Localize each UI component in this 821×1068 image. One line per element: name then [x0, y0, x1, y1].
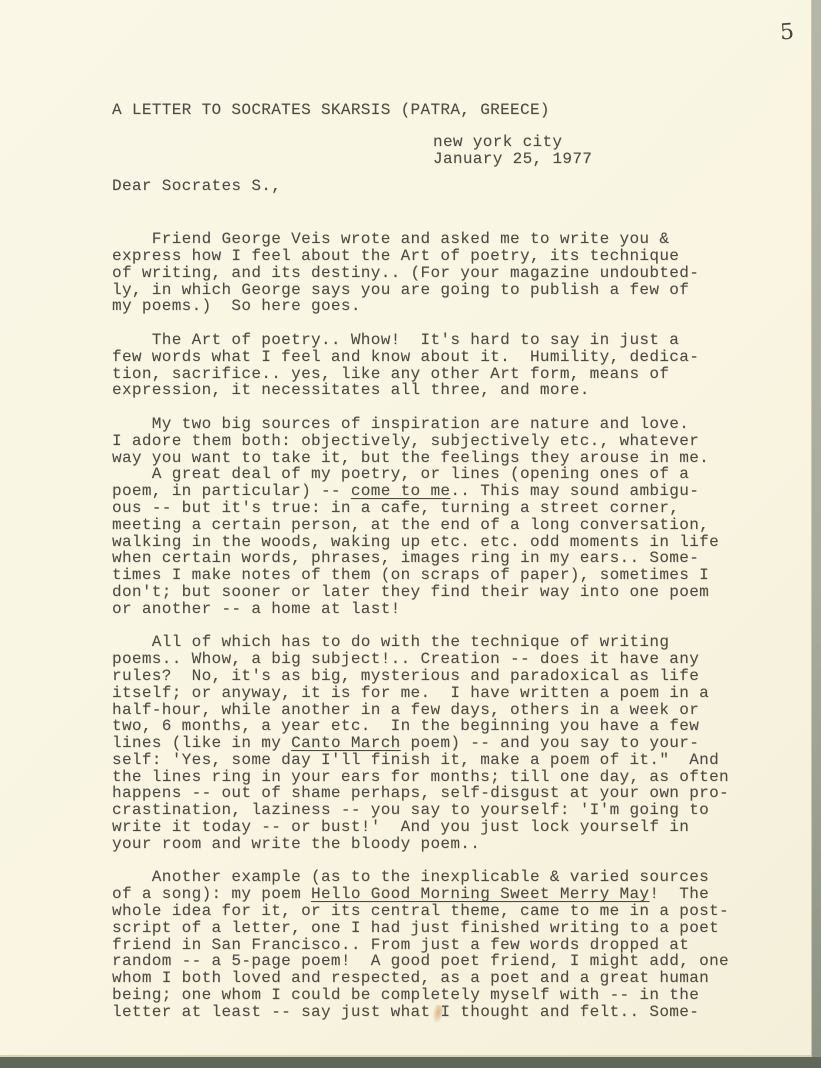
letter-line: being; one whom I could be completely my…: [112, 987, 772, 1004]
letter-line: All of which has to do with the techniqu…: [112, 634, 772, 651]
letter-line: The Art of poetry.. Whow! It's hard to s…: [112, 332, 772, 349]
letter-line: I adore them both: objectively, subjecti…: [112, 433, 772, 450]
letter-line: don't; but sooner or later they find the…: [112, 584, 772, 601]
letter-line: rules? No, it's as big, mysterious and p…: [112, 668, 772, 685]
dateline: new york city January 25, 1977: [433, 134, 772, 168]
scanned-letter-page: 5 A LETTER TO SOCRATES SKARSIS (PATRA, G…: [0, 0, 821, 1068]
letter-line: Friend George Veis wrote and asked me to…: [112, 231, 772, 248]
letter-line: A great deal of my poetry, or lines (ope…: [112, 466, 772, 483]
letter-line: half-hour, while another in a few days, …: [112, 702, 772, 719]
line-text: poem) -- and you say to your-: [401, 734, 700, 752]
letter-title: A LETTER TO SOCRATES SKARSIS (PATRA, GRE…: [112, 102, 772, 119]
letter-line: ly, in which George says you are going t…: [112, 282, 772, 299]
line-text: lines (like in my: [112, 734, 291, 752]
paragraph: The Art of poetry.. Whow! It's hard to s…: [112, 332, 772, 399]
letter-line: expression, it necessitates all three, a…: [112, 382, 772, 399]
dateline-city: new york city: [433, 134, 772, 151]
scanner-background-band: [812, 0, 821, 1057]
letter-line: the lines ring in your ears for months; …: [112, 769, 772, 786]
letter-line: Another example (as to the inexplicable …: [112, 869, 772, 886]
letter-line: whom I both loved and respected, as a po…: [112, 970, 772, 987]
letter-line: poems.. Whow, a big subject!.. Creation …: [112, 651, 772, 668]
letter-line: itself; or anyway, it is for me. I have …: [112, 685, 772, 702]
letter-line: or another -- a home at last!: [112, 601, 772, 618]
letter-line: way you want to take it, but the feeling…: [112, 450, 772, 467]
letter-line: times I make notes of them (on scraps of…: [112, 567, 772, 584]
letter-line: poem, in particular) -- come to me.. Thi…: [112, 483, 772, 500]
paragraph: My two big sources of inspiration are na…: [112, 416, 772, 618]
letter-line: tion, sacrifice.. yes, like any other Ar…: [112, 366, 772, 383]
letter-line: whole idea for it, or its central theme,…: [112, 903, 772, 920]
line-text: .. This may sound ambigu-: [450, 482, 699, 500]
letter-line: self: 'Yes, some day I'll finish it, mak…: [112, 752, 772, 769]
salutation: Dear Socrates S.,: [112, 178, 772, 195]
dateline-date: January 25, 1977: [433, 151, 772, 168]
letter-line: my poems.) So here goes.: [112, 298, 772, 315]
letter-line: friend in San Francisco.. From just a fe…: [112, 937, 772, 954]
handwritten-page-number: 5: [779, 20, 795, 46]
letter-line: My two big sources of inspiration are na…: [112, 416, 772, 433]
letter-line: meeting a certain person, at the end of …: [112, 517, 772, 534]
letter-line: express how I feel about the Art of poet…: [112, 248, 772, 265]
letter-line: random -- a 5-page poem! A good poet fri…: [112, 953, 772, 970]
letter-line: few words what I feel and know about it.…: [112, 349, 772, 366]
paragraph: Another example (as to the inexplicable …: [112, 869, 772, 1020]
underlined-phrase: come to me: [351, 482, 451, 500]
letter-line: lines (like in my Canto March poem) -- a…: [112, 735, 772, 752]
underlined-phrase: Hello Good Morning Sweet Merry May: [311, 885, 649, 903]
paper-stain: [431, 1004, 445, 1024]
line-text: of a song): my poem: [112, 885, 311, 903]
letter-line: when certain words, phrases, images ring…: [112, 550, 772, 567]
letter-line: walking in the woods, waking up etc. etc…: [112, 534, 772, 551]
line-text: poem, in particular) --: [112, 482, 351, 500]
letter-line: write it today -- or bust!' And you just…: [112, 819, 772, 836]
letter-body: Friend George Veis wrote and asked me to…: [112, 231, 772, 1020]
letter-line: ous -- but it's true: in a cafe, turning…: [112, 500, 772, 517]
paper-sheet: 5 A LETTER TO SOCRATES SKARSIS (PATRA, G…: [0, 0, 812, 1057]
letter-content: A LETTER TO SOCRATES SKARSIS (PATRA, GRE…: [112, 102, 772, 1021]
underlined-phrase: Canto March: [291, 734, 400, 752]
letter-line: your room and write the bloody poem..: [112, 836, 772, 853]
letter-line: two, 6 months, a year etc. In the beginn…: [112, 718, 772, 735]
letter-line: of writing, and its destiny.. (For your …: [112, 265, 772, 282]
letter-line: of a song): my poem Hello Good Morning S…: [112, 886, 772, 903]
paragraph: All of which has to do with the techniqu…: [112, 634, 772, 852]
letter-line: crastination, laziness -- you say to you…: [112, 802, 772, 819]
letter-line: script of a letter, one I had just finis…: [112, 920, 772, 937]
letter-line: happens -- out of shame perhaps, self-di…: [112, 785, 772, 802]
paragraph: Friend George Veis wrote and asked me to…: [112, 231, 772, 315]
line-text: ! The: [649, 885, 709, 903]
